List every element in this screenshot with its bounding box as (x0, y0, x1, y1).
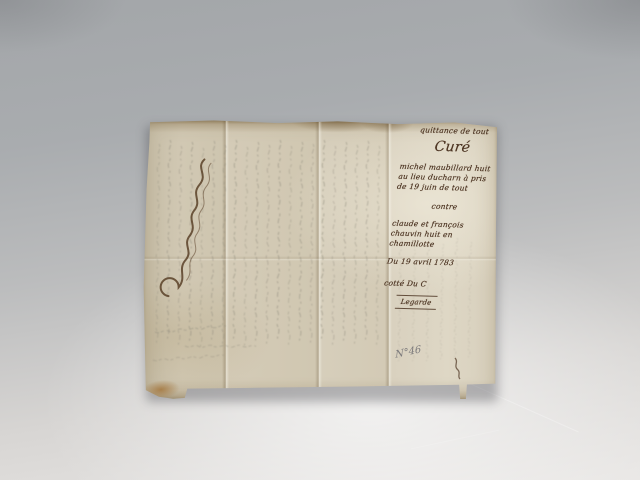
docket-line-quittance: quittance de tout (404, 125, 505, 138)
backdrop-scratch (411, 430, 499, 450)
docket-line-party3: chamillotte (389, 239, 490, 252)
photo-backdrop: quittance de tout Curé michel maubillard… (0, 0, 640, 480)
docket-line-date: Du 19 avril 1783 (386, 256, 487, 269)
docket-line-flourish: Curé (401, 138, 503, 157)
docket-line-contre: contre (394, 201, 495, 214)
docket-signature: Legarde (395, 295, 438, 310)
manuscript-document: quittance de tout Curé michel maubillard… (143, 120, 497, 399)
